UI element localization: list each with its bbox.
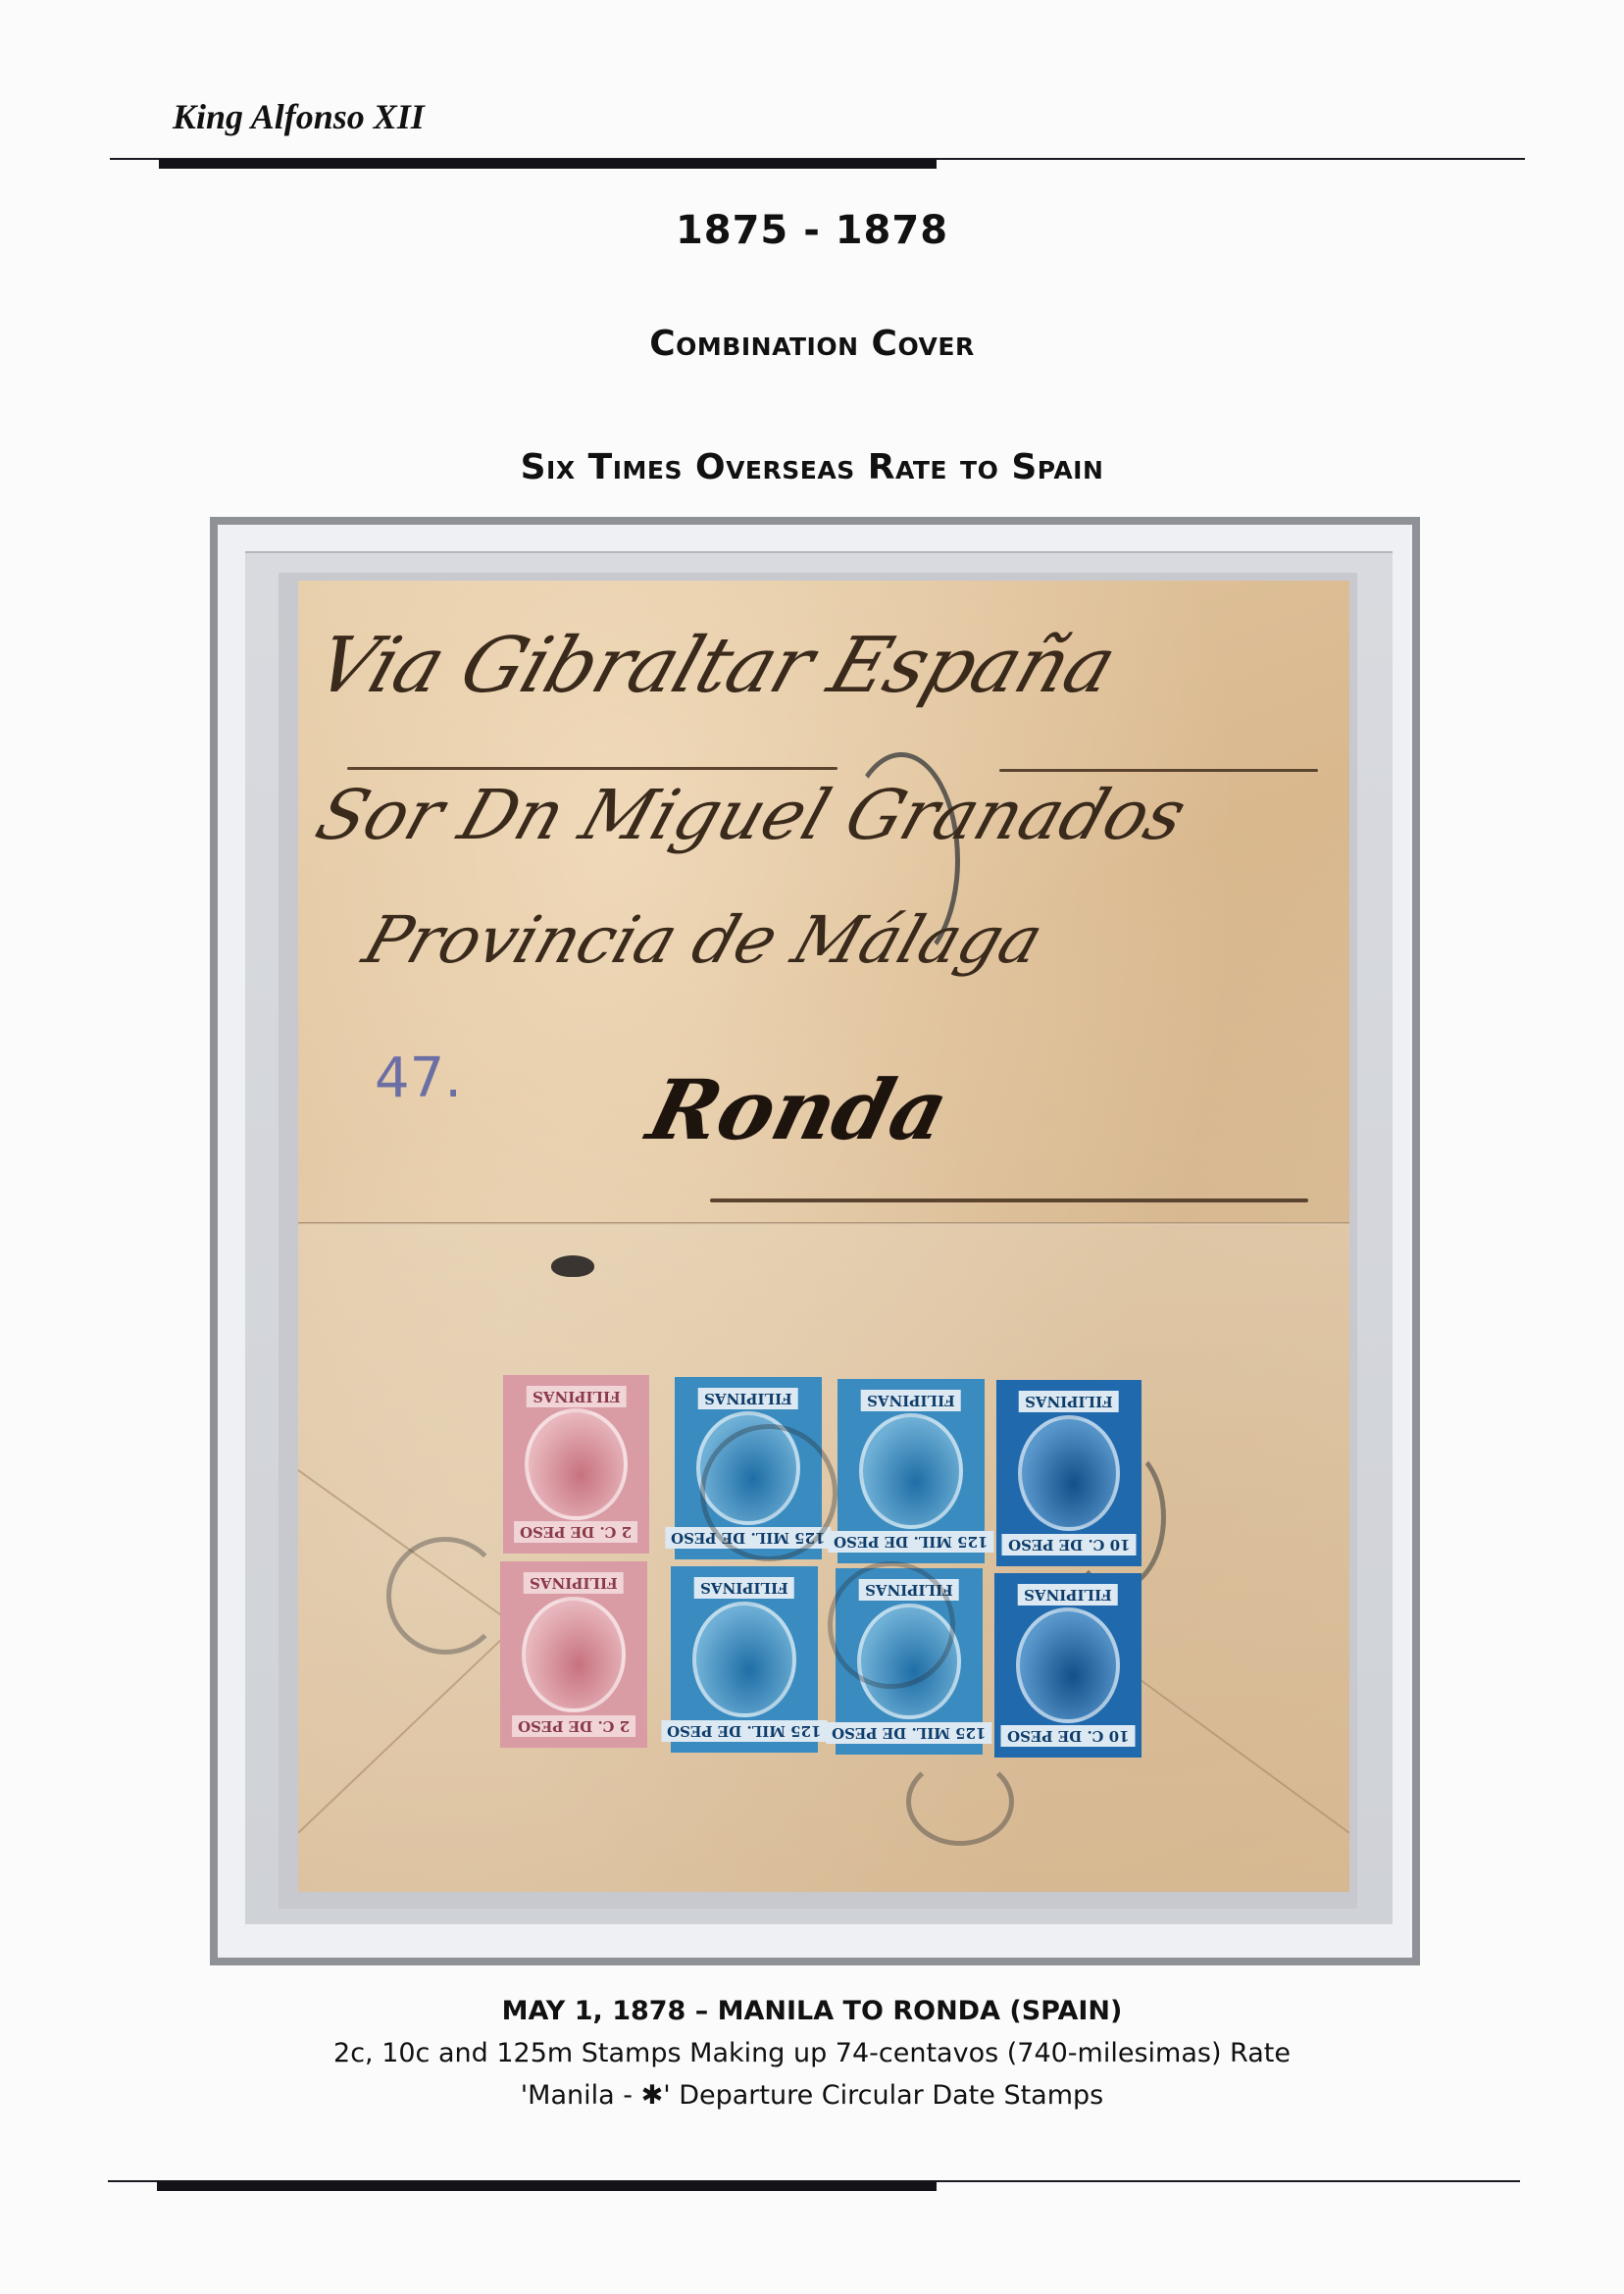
- stamp-denomination: 125 MIL. DE PESO: [661, 1720, 827, 1742]
- manila-postmark-bottom: [906, 1758, 1014, 1846]
- manila-cds-cancel: [386, 1537, 504, 1655]
- routing-underline-left: [347, 767, 837, 770]
- stamp-denomination: 10 C. DE PESO: [1002, 1534, 1137, 1555]
- routing-underline-right: [999, 769, 1318, 772]
- cover-caption-line-1: 2c, 10c and 125m Stamps Making up 74-cen…: [0, 2038, 1624, 2068]
- pencil-note: 47.: [375, 1046, 462, 1110]
- header-rule-thick: [159, 159, 937, 169]
- stamp-denomination: 2 C. DE PESO: [514, 1521, 637, 1543]
- stamp-country: FILIPINAS: [694, 1577, 794, 1599]
- footer-rule-thick: [157, 2181, 937, 2191]
- stamp-125m-r1c2: FILIPINAS 125 MIL. DE PESO: [837, 1379, 985, 1563]
- stamp-2c-bottom: FILIPINAS 2 C. DE PESO: [500, 1561, 647, 1748]
- stamp-country: FILIPINAS: [1019, 1391, 1119, 1412]
- page-title-years: 1875 - 1878: [0, 208, 1624, 253]
- cover-caption-line-2: 'Manila - ✱' Departure Circular Date Sta…: [0, 2080, 1624, 2111]
- province-inscription: Provincia de Málaga: [354, 902, 1051, 978]
- stamp-country: FILIPINAS: [1018, 1584, 1118, 1606]
- king-portrait: [525, 1408, 628, 1520]
- postal-cover: Via Gibraltar España Sor Dn Miguel Grana…: [298, 581, 1349, 1892]
- city-inscription: Ronda: [639, 1061, 958, 1158]
- king-portrait: [522, 1597, 626, 1713]
- stamp-country: FILIPINAS: [527, 1386, 627, 1407]
- manila-cds-cancel: [828, 1561, 955, 1689]
- stamp-country: FILIPINAS: [698, 1388, 798, 1409]
- stamp-country: FILIPINAS: [861, 1390, 961, 1411]
- page-header-title: King Alfonso XII: [173, 96, 425, 137]
- addressee-inscription: Sor Dn Miguel Granados: [307, 775, 1196, 855]
- rate-heading: Six Times Overseas Rate to Spain: [0, 447, 1624, 487]
- stamp-10c-top: FILIPINAS 10 C. DE PESO: [996, 1380, 1142, 1566]
- routing-inscription: Via Gibraltar España: [305, 622, 1125, 710]
- stamp-denomination: 125 MIL. DE PESO: [828, 1531, 993, 1553]
- king-portrait: [859, 1413, 963, 1529]
- king-portrait: [1018, 1415, 1120, 1532]
- king-portrait: [1016, 1607, 1120, 1723]
- page-subtitle: Combination Cover: [0, 324, 1624, 364]
- stamp-denomination: 2 C. DE PESO: [512, 1715, 635, 1737]
- stamp-125m-r2c1: FILIPINAS 125 MIL. DE PESO: [671, 1566, 818, 1753]
- stamp-denomination: 125 MIL. DE PESO: [826, 1722, 991, 1744]
- manila-cds-cancel: [700, 1424, 837, 1561]
- king-portrait: [692, 1602, 796, 1718]
- stamp-2c-top: FILIPINAS 2 C. DE PESO: [503, 1375, 649, 1554]
- stamp-denomination: 10 C. DE PESO: [1001, 1725, 1136, 1747]
- stamp-10c-bottom: FILIPINAS 10 C. DE PESO: [994, 1573, 1142, 1758]
- stamp-country: FILIPINAS: [524, 1572, 624, 1594]
- city-underline: [710, 1198, 1308, 1202]
- cover-caption-title: MAY 1, 1878 – MANILA TO RONDA (SPAIN): [0, 1996, 1624, 2026]
